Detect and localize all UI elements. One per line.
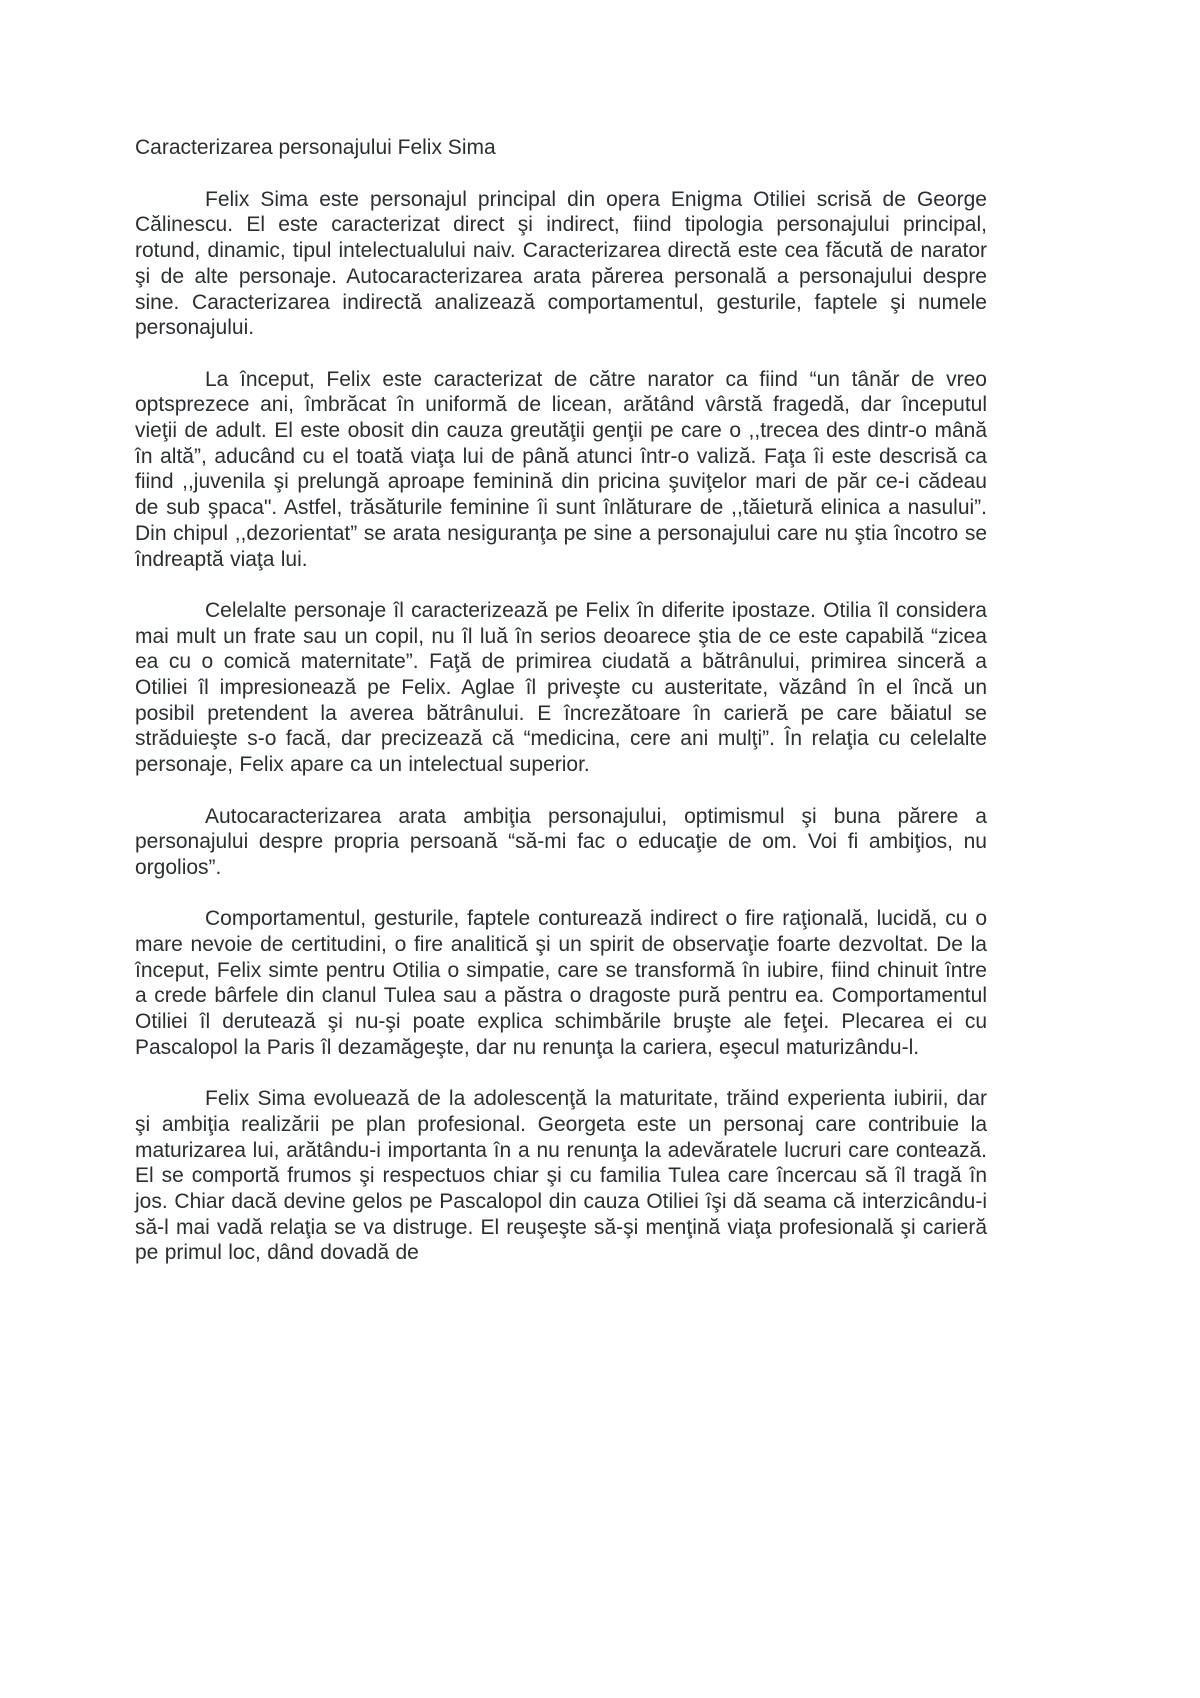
paragraph: Autocaracterizarea arata ambiţia persona…: [135, 804, 987, 881]
document-title: Caracterizarea personajului Felix Sima: [135, 135, 987, 161]
paragraph: Felix Sima este personajul principal din…: [135, 187, 987, 341]
paragraph: Felix Sima evoluează de la adolescenţă l…: [135, 1086, 987, 1266]
paragraph: Comportamentul, gesturile, faptele contu…: [135, 906, 987, 1060]
paragraph: Celelalte personaje îl caracterizează pe…: [135, 598, 987, 778]
paragraph: La început, Felix este caracterizat de c…: [135, 367, 987, 573]
paragraphs: Felix Sima este personajul principal din…: [135, 187, 987, 1266]
document-page: Caracterizarea personajului Felix Sima F…: [0, 0, 1200, 1698]
